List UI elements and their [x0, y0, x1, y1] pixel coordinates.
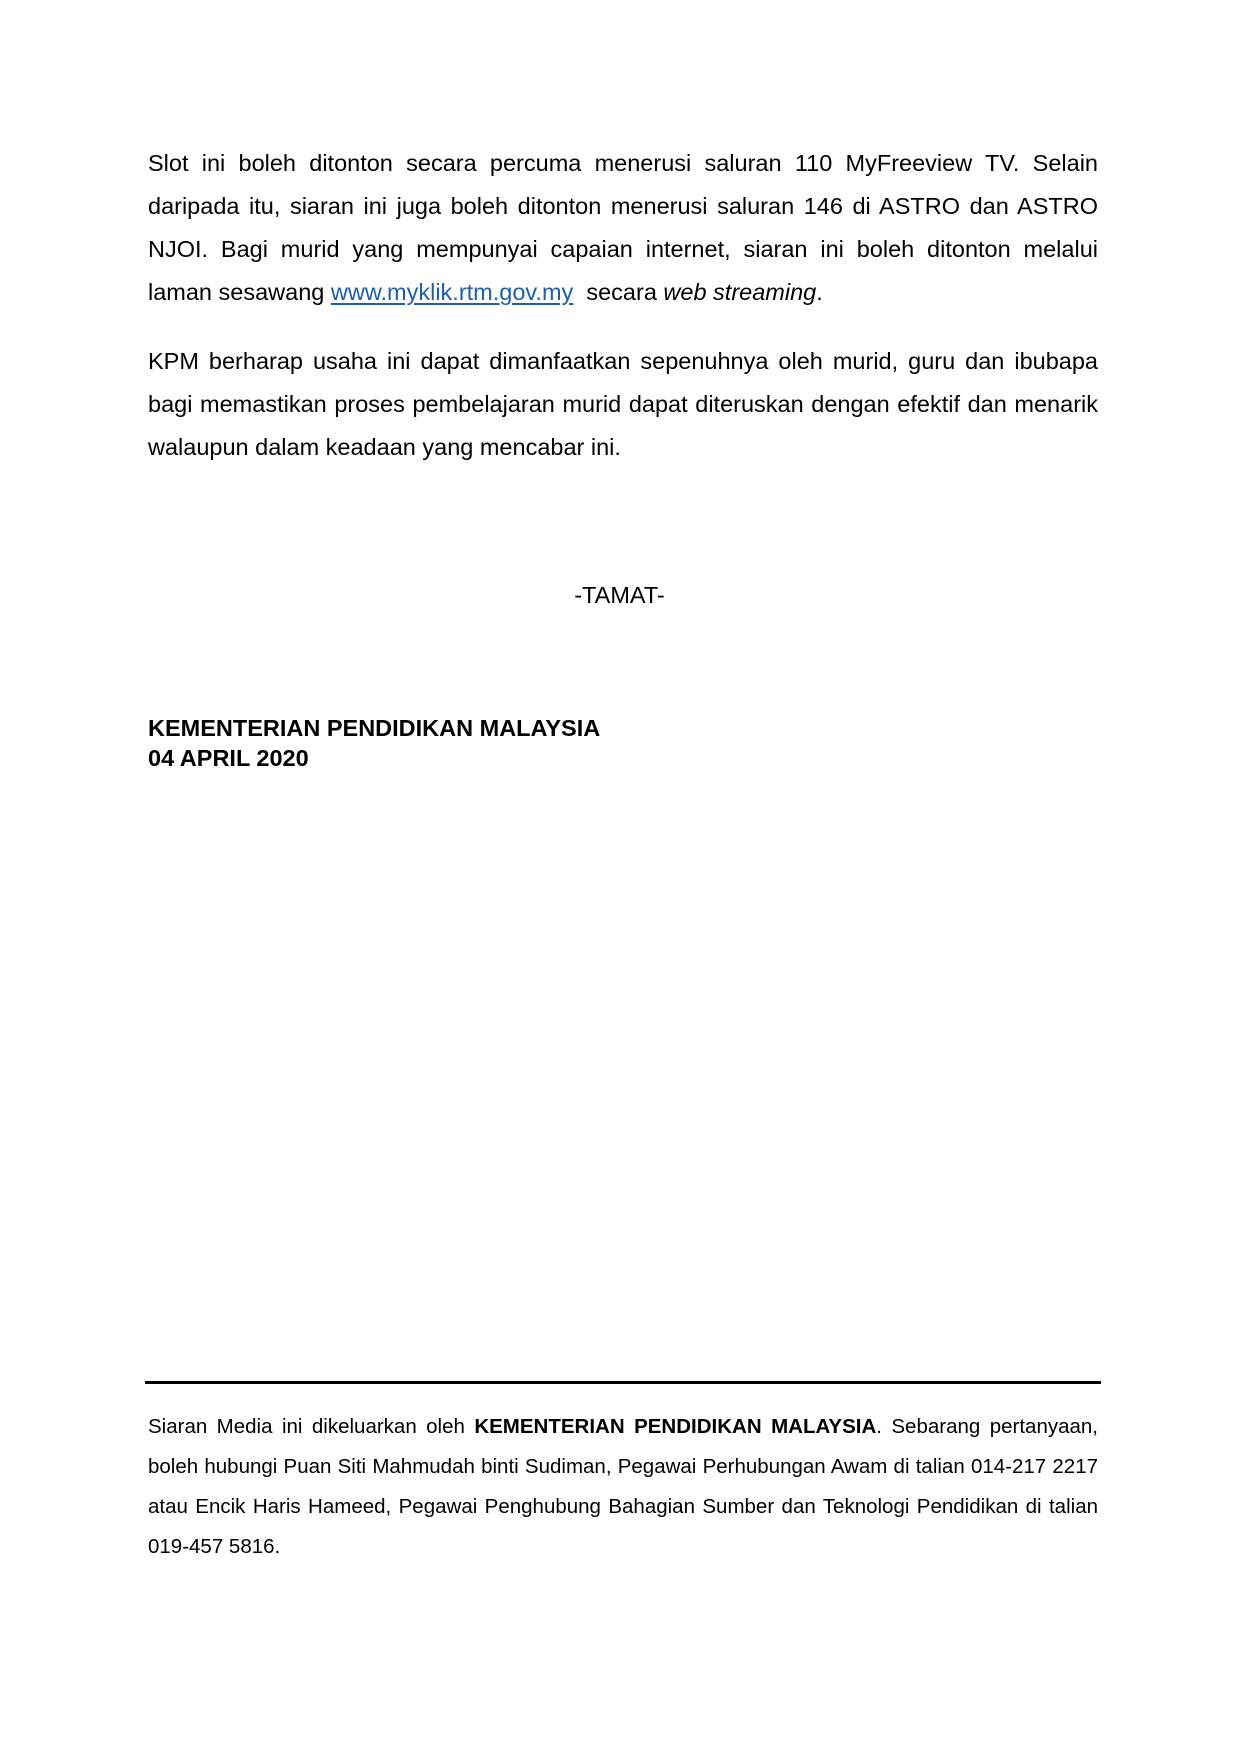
paragraph-closing: KPM berharap usaha ini dapat dimanfaatka… [148, 340, 1098, 469]
end-marker: -TAMAT- [0, 580, 1239, 610]
footer-text: Siaran Media ini dikeluarkan oleh [148, 1415, 474, 1438]
footer-organization: KEMENTERIAN PENDIDIKAN MALAYSIA [474, 1415, 876, 1438]
signature-organization: KEMENTERIAN PENDIDIKAN MALAYSIA [148, 713, 600, 743]
footer-note: Siaran Media ini dikeluarkan oleh KEMENT… [148, 1407, 1098, 1567]
website-link[interactable]: www.myklik.rtm.gov.my [331, 279, 573, 305]
italic-term: web streaming [663, 279, 816, 305]
paragraph-text: secara [573, 279, 663, 305]
paragraph-broadcast-info: Slot ini boleh ditonton secara percuma m… [148, 142, 1098, 314]
signature-block: KEMENTERIAN PENDIDIKAN MALAYSIA 04 APRIL… [148, 713, 600, 773]
paragraph-end: . [816, 279, 823, 305]
signature-date: 04 APRIL 2020 [148, 743, 600, 773]
footer-divider [145, 1381, 1101, 1384]
document-page: Slot ini boleh ditonton secara percuma m… [0, 0, 1239, 1754]
